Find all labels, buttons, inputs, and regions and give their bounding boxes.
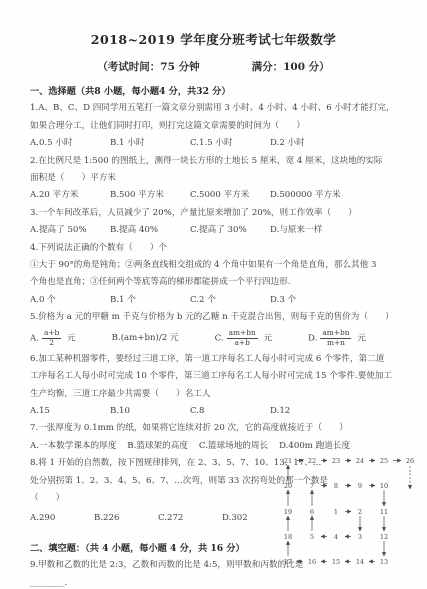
spiral-number: 25 bbox=[380, 457, 388, 465]
question-7-line: 7.一张厚度为 0.1mm 的纸，如果将它连续对折 20 次，它的高度就接近于（… bbox=[30, 420, 403, 437]
question-2-line: 面积是（ ）平方米 bbox=[30, 170, 403, 187]
question-2-line: 2.在比例尺是 1:500 的图纸上，测得一块长方形的土地长 5 厘米，宽 4 … bbox=[30, 153, 403, 170]
question-6: 6.加工某种机器零件，要经过三道工序，第一道工序每名工人每小时可完成 6 个零件… bbox=[30, 351, 403, 421]
question-3: 3.一个车间改革后，人员减少了 20%，产量比原来增加了 20%，则工作效率（ … bbox=[30, 205, 403, 240]
exam-time-label: （考试时间：75 分钟 bbox=[97, 59, 199, 74]
spiral-number: 6 bbox=[310, 508, 314, 516]
spiral-number: 26 bbox=[406, 457, 414, 465]
spiral-number: 21 bbox=[284, 457, 292, 465]
spiral-number: 23 bbox=[332, 457, 340, 465]
question-5-line: 5.价格为 a 元的甲糖 m 千克与价格为 b 元的乙糖 n 千克混合出售，则每… bbox=[30, 309, 403, 326]
option: A.15 bbox=[30, 403, 110, 420]
spiral-diagram-svg: 1234567891011121314151617181920212223242… bbox=[279, 451, 427, 572]
spiral-number: 8 bbox=[334, 482, 338, 490]
spiral-number: 17 bbox=[284, 558, 292, 566]
spiral-number: 14 bbox=[356, 558, 364, 566]
option-label: A. bbox=[30, 334, 39, 344]
option: B.226 bbox=[94, 510, 158, 527]
question-4-line: 个角也是直角；③任何两个等底等高的梯形都能拼成一个平行四边形. bbox=[30, 274, 403, 291]
option: D.12 bbox=[270, 403, 350, 420]
question-8-line: （ ） bbox=[30, 490, 305, 507]
option: C.272 bbox=[158, 510, 222, 527]
option: C.1.5 小时 bbox=[190, 135, 270, 152]
option: B.(am+bn)/2 元 bbox=[112, 330, 179, 347]
spiral-number: 24 bbox=[356, 457, 364, 465]
option: D.2 小时 bbox=[270, 135, 350, 152]
question-6-line: 工序每名工人每小时可完成 10 个零件，第三道工序每名工人每小时可完成 15 个… bbox=[30, 368, 403, 385]
spiral-number: 7 bbox=[310, 482, 314, 490]
fraction: a+b2 bbox=[42, 329, 61, 347]
spiral-number: 9 bbox=[358, 482, 362, 490]
question-4-line: 4.下列说法正确的个数有（ ）个 bbox=[30, 240, 403, 257]
option: B.500 平方米 bbox=[110, 187, 190, 204]
option-expression: (am+bn)/2 bbox=[121, 333, 168, 343]
spiral-number: 19 bbox=[284, 508, 292, 516]
question-5: 5.价格为 a 元的甲糖 m 千克与价格为 b 元的乙糖 n 千克混合出售，则每… bbox=[30, 309, 403, 350]
option: A.0 个 bbox=[30, 292, 110, 309]
spiral-number: 3 bbox=[358, 533, 362, 541]
option: A.290 bbox=[30, 510, 94, 527]
spiral-number: 22 bbox=[308, 457, 316, 465]
exam-score-label: 满分：100 分） bbox=[252, 59, 330, 74]
question-2: 2.在比例尺是 1:500 的图纸上，测得一块长方形的土地长 5 厘米，宽 4 … bbox=[30, 153, 403, 205]
option: A.提高了 50% bbox=[30, 222, 110, 239]
exam-document-page: 2018~2019 学年度分班考试七年级数学 （考试时间：75 分钟 满分：10… bbox=[0, 0, 427, 589]
exam-meta: （考试时间：75 分钟 满分：100 分） bbox=[0, 59, 427, 74]
fraction-denominator: a+b bbox=[232, 339, 251, 348]
question-4-options: A.0 个B.1 个C.2 个D.3 个 bbox=[30, 292, 403, 309]
fraction-denominator: m+n bbox=[325, 339, 347, 348]
option: B.提高 40% bbox=[110, 222, 190, 239]
spiral-number: 11 bbox=[380, 508, 388, 516]
question-4: 4.下列说法正确的个数有（ ）个①大于 90°的角是钝角；②两条直线相交组成的 … bbox=[30, 240, 403, 310]
question-1-line: 1.A、B、C、D 四同学用五笔打一篇文章分别需用 3 小时、4 小时、4 小时… bbox=[30, 100, 403, 117]
spiral-number: 5 bbox=[310, 533, 314, 541]
spiral-number: 2 bbox=[358, 508, 362, 516]
spiral-number-diagram: 1234567891011121314151617181920212223242… bbox=[279, 451, 427, 572]
option-suffix: 元 bbox=[167, 333, 178, 343]
question-5-options: A.a+b2 元B.(am+bn)/2 元C.am+bna+b 元D.am+bn… bbox=[30, 327, 403, 351]
option-suffix: 元 bbox=[354, 334, 365, 344]
option: B.篮球架的高度 bbox=[127, 438, 188, 455]
question-2-options: A.20 平方米B.500 平方米C.5000 平方米D.500000 平方米 bbox=[30, 187, 403, 204]
section-choice-heading: 一、选择题（共8 小题，每小题4 分，共32 分） bbox=[30, 83, 403, 100]
question-3-line: 3.一个车间改革后，人员减少了 20%，产量比原来增加了 20%，则工作效率（ … bbox=[30, 205, 403, 222]
option-suffix: 元 bbox=[64, 334, 75, 344]
spiral-number: 13 bbox=[380, 558, 388, 566]
question-1-line: 如果合理分工，让他们同时打印，则打完这篇文章需要的时间为（ ） bbox=[30, 118, 403, 135]
spiral-number: 15 bbox=[332, 558, 340, 566]
spiral-number: 4 bbox=[334, 533, 338, 541]
option: D.am+bnm+n 元 bbox=[308, 329, 366, 348]
option: A.0.5 小时 bbox=[30, 135, 110, 152]
spiral-number: 10 bbox=[380, 482, 388, 490]
question-1-options: A.0.5 小时B.1 小时C.1.5 小时D.2 小时 bbox=[30, 135, 403, 152]
option: A.一本数学课本的厚度 bbox=[30, 438, 116, 455]
option: C.5000 平方米 bbox=[190, 187, 270, 204]
option: B.10 bbox=[110, 403, 190, 420]
question-8-line: 处分别拐第 1、2、3、4、5、6、7、…次弯，则第 33 次拐弯处的那一个数是 bbox=[30, 473, 305, 490]
option: B.1 个 bbox=[110, 292, 190, 309]
option: C.2 个 bbox=[190, 292, 270, 309]
option: A.20 平方米 bbox=[30, 187, 110, 204]
option-suffix: 元 bbox=[261, 334, 272, 344]
spiral-number: 1 bbox=[334, 508, 338, 516]
option: A.a+b2 元 bbox=[30, 329, 76, 348]
option-label: D. bbox=[308, 334, 317, 344]
option-label: C. bbox=[215, 334, 224, 344]
option: D.302 bbox=[222, 510, 286, 527]
question-1: 1.A、B、C、D 四同学用五笔打一篇文章分别需用 3 小时、4 小时、4 小时… bbox=[30, 100, 403, 152]
option-label: B. bbox=[112, 333, 121, 343]
spiral-number: 18 bbox=[284, 533, 292, 541]
option: C.提高了 30% bbox=[190, 222, 270, 239]
fraction: am+bna+b bbox=[227, 329, 258, 347]
option: C.篮球场地的周长 bbox=[199, 438, 268, 455]
option: C.8 bbox=[190, 403, 270, 420]
spiral-number: 16 bbox=[308, 558, 316, 566]
question-3-options: A.提高了 50%B.提高 40%C.提高了 30%D.与原来一样 bbox=[30, 222, 403, 239]
spiral-number: 20 bbox=[284, 482, 292, 490]
option: C.am+bna+b 元 bbox=[215, 329, 272, 348]
page-title: 2018~2019 学年度分班考试七年级数学 bbox=[0, 30, 427, 48]
question-7: 7.一张厚度为 0.1mm 的纸，如果将它连续对折 20 次，它的高度就接近于（… bbox=[30, 420, 403, 455]
fraction-denominator: 2 bbox=[47, 339, 56, 348]
question-6-line: 6.加工某种机器零件，要经过三道工序，第一道工序每名工人每小时可完成 6 个零件… bbox=[30, 351, 403, 368]
option: D.与原来一样 bbox=[270, 222, 350, 239]
option: D.3 个 bbox=[270, 292, 350, 309]
question-9-line: ________. bbox=[30, 575, 403, 589]
option: B.1 小时 bbox=[110, 135, 190, 152]
option: D.500000 平方米 bbox=[270, 187, 350, 204]
question-6-line: 生产均衡，三道工序最少共需要（ ）名工人 bbox=[30, 386, 403, 403]
question-6-options: A.15B.10C.8D.12 bbox=[30, 403, 403, 420]
question-8-line: 8.将 1 开始的自然数，按下图规律排列，在 2、3、5、7、10、13、17、… bbox=[30, 455, 305, 472]
question-4-line: ①大于 90°的角是钝角；②两条直线相交组成的 4 个角中如果有一个角是直角，那… bbox=[30, 257, 403, 274]
fraction: am+bnm+n bbox=[320, 329, 351, 347]
spiral-number: 12 bbox=[380, 533, 388, 541]
